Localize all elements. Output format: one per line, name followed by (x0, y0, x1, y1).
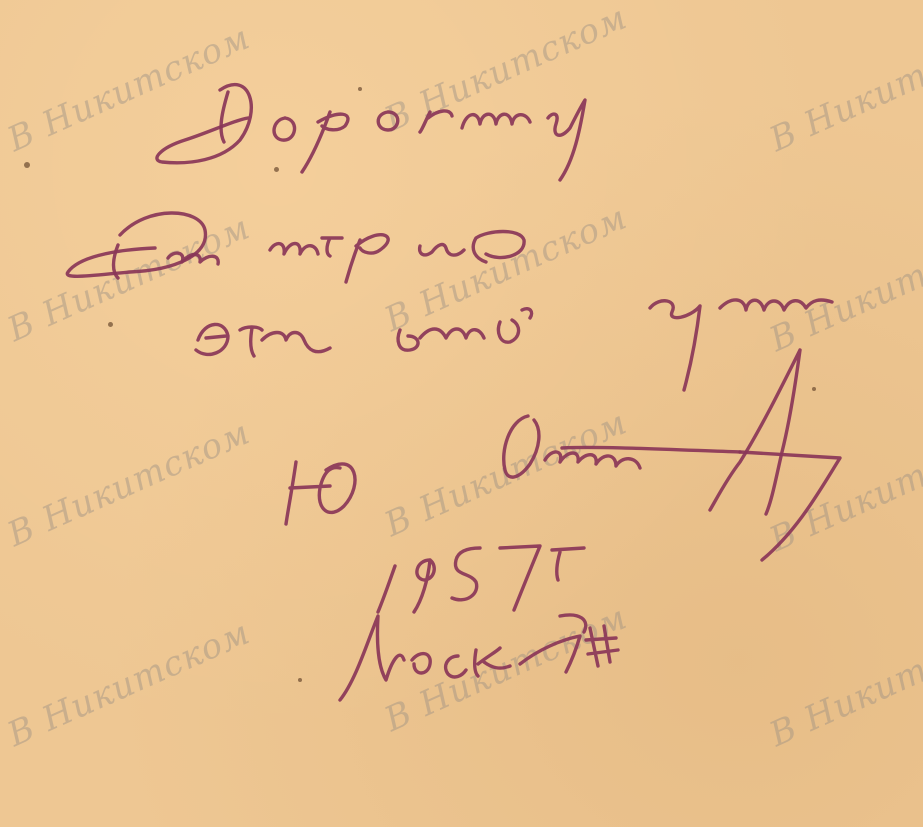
inscription-year: 1957 г (375, 545, 564, 610)
handwriting (0, 0, 923, 827)
inscription-line-3: от всей души (195, 300, 608, 365)
inscription-line-2: Дмитрию (65, 210, 367, 275)
signature: Ю Олеша (285, 430, 591, 500)
inscription-line-1: Дорогому (160, 90, 450, 155)
inscription-place: Москва (340, 620, 562, 685)
inscription-paper: В Никитском В Никитском В Никитском В Ни… (0, 0, 923, 827)
